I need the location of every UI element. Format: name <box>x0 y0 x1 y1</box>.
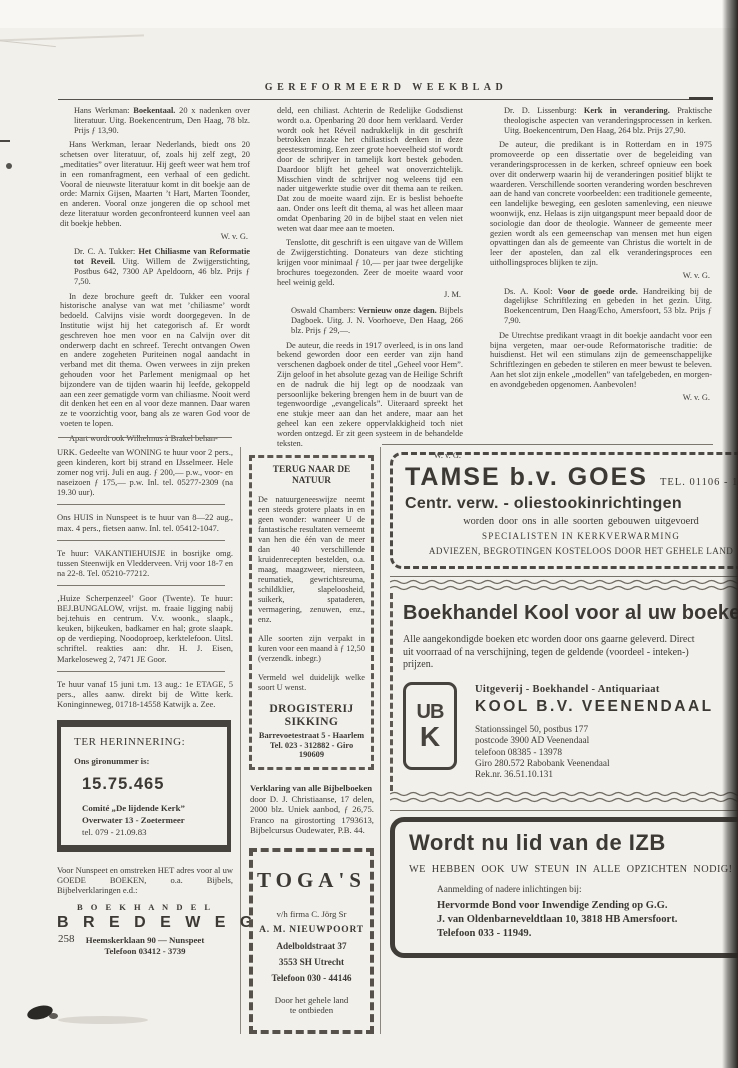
togas-owner: A. M. NIEUWPOORT <box>257 925 366 935</box>
togas-name: TOGA'S <box>257 868 366 893</box>
tamse-name: TAMSE b.v. GOES <box>405 463 648 492</box>
natuur-title: TERUG NAAR DE NATUUR <box>258 465 365 487</box>
drogisterij-address: Barrevoetestraat 5 - Haarlem <box>258 731 365 740</box>
izb-appeal: WE HEBBEN OOK UW STEUN IN ALLE OPZICHTEN… <box>409 863 738 876</box>
review-paragraph: Tenslotte, dit geschrift is een uitgave … <box>277 238 463 287</box>
izb-headline: Wordt nu lid van de IZB <box>409 830 738 856</box>
bijbel-body: door D. J. Christiaanse, 17 delen, 2000 … <box>250 794 374 836</box>
divider-rule <box>57 540 225 541</box>
reminder-subtitle: Ons gironummer is: <box>74 756 219 766</box>
divider-rule <box>390 810 738 811</box>
review-citation: Oswald Chambers: Vernieuw onze dagen. Bi… <box>291 306 463 335</box>
togas-street: Adelboldstraat 37 <box>257 941 366 951</box>
kool-address-line: Giro 280.572 Rabobank Veenendaal <box>475 759 714 770</box>
natuur-paragraph: Alle soorten zijn verpakt in kuren voor … <box>258 634 365 664</box>
review-citation: Dr. C. A. Tukker: Het Chiliasme van Refo… <box>74 247 250 286</box>
kool-address-line: postcode 3900 AD Veenendaal <box>475 736 714 747</box>
book-title: Voor de goede orde. <box>558 287 638 296</box>
kool-company-name: KOOL B.V. VEENENDAAL <box>475 698 714 716</box>
drogisterij-phone: Tel. 023 - 312882 - Giro 190609 <box>258 741 365 759</box>
bijbelboeken-ad: Verklaring van alle Bijbelboeken door D.… <box>250 783 374 836</box>
divider-rule <box>57 585 225 586</box>
bredeweg-label: B O E K H A N D E L <box>57 902 233 912</box>
paper-crease <box>0 34 144 41</box>
kool-address-line: Stationssingel 50, postbus 177 <box>475 725 714 736</box>
divider-rule <box>382 444 713 445</box>
kool-address-line: telefoon 08385 - 13978 <box>475 748 714 759</box>
tamse-header: TAMSE b.v. GOES TEL. 01106 - 1740 <box>405 463 738 492</box>
kool-address-line: Rek.nr. 36.51.10.131 <box>475 770 714 781</box>
classified-ad: Te huur vanaf 15 juni t.m. 13 aug.: 1e E… <box>57 679 233 709</box>
bredeweg-ad: Voor Nunspeet en omstreken HET adres voo… <box>57 865 233 956</box>
page-number: 258 <box>58 933 75 945</box>
masthead-rule <box>58 99 713 100</box>
citation-author: Dr. C. A. Tukker: <box>74 247 138 256</box>
citation-author: Oswald Chambers: <box>291 306 358 315</box>
reminder-address: Overwater 13 - Zoetermeer <box>82 815 219 825</box>
review-citation: Dr. D. Lissenburg: Kerk in verandering. … <box>504 106 712 135</box>
divider-rule <box>58 437 232 438</box>
classified-ad: Te huur: VAKANTIEHUISJE in bosrijke omg.… <box>57 548 233 578</box>
kool-logo-letter-bottom: K <box>420 724 440 750</box>
kool-logo-letters-top: UB <box>417 702 444 722</box>
book-title: Kerk in verandering. <box>584 106 670 115</box>
tamse-specialists: SPECIALISTEN IN KERKVERWARMING <box>405 531 738 541</box>
scan-edge-shadow <box>722 0 738 1068</box>
izb-contact-intro: Aanmelding of nadere inlichtingen bij: <box>437 885 738 895</box>
tamse-ad: TAMSE b.v. GOES TEL. 01106 - 1740 Centr.… <box>390 452 738 569</box>
review-paragraph: De auteur, die predikant is in Rotterdam… <box>490 140 712 267</box>
bijbel-title: Verklaring van alle Bijbelboeken <box>250 783 374 793</box>
middle-ads-column: TERUG NAAR DE NATUUR De natuurgeneeswijz… <box>241 447 381 1034</box>
citation-author: Dr. D. Lissenburg: <box>504 106 584 115</box>
natuur-paragraph: De natuurgeneeswijze neemt een steeds gr… <box>258 495 365 625</box>
reminder-organisation: Comité „De lijdende Kerk” <box>82 803 219 813</box>
bredeweg-intro: Voor Nunspeet en omstreken HET adres voo… <box>57 865 233 895</box>
review-paragraph: Apart wordt ook Wilhelmus à Brakel behan… <box>60 434 250 444</box>
review-paragraph: Hans Werkman, leraar Nederlands, biedt o… <box>60 140 250 228</box>
togas-note: Door het gehele land te ontbieden <box>273 995 350 1016</box>
advertisements-section: URK. Gedeelte van WONING te huur voor 2 … <box>57 447 715 1034</box>
kool-info: Uitgeverij - Boekhandel - Antiquariaat K… <box>475 682 714 782</box>
scan-edge-top <box>0 0 738 28</box>
review-paragraph: De auteur, die reeds in 1917 overleed, i… <box>277 341 463 449</box>
reminder-title: TER HERINNERING: <box>74 736 219 748</box>
bredeweg-address: Heemskerklaan 90 — Nunspeet <box>57 935 233 945</box>
natuur-paragraph: Vermeld wel duidelijk welke soort U wens… <box>258 673 365 693</box>
boekhandel-kool-ad: Boekhandel Kool voor al uw boeken Alle a… <box>390 593 738 791</box>
scan-smudge <box>58 1016 148 1024</box>
drogisterij-sikking-ad: TERUG NAAR DE NATUUR De natuurgeneeswijz… <box>249 455 374 770</box>
togas-firm: v/h firma C. Jörg Sr <box>257 909 366 919</box>
citation-author: Ds. A. Kool: <box>504 287 558 296</box>
review-paragraph: In deze brochure geeft dr. Tukker een vo… <box>60 292 250 429</box>
masthead-rule-heavy <box>689 97 713 100</box>
izb-organisation: Hervormde Bond voor Inwendige Zending op… <box>437 899 738 912</box>
bredeweg-phone: Telefoon 03412 - 3739 <box>57 946 233 956</box>
ink-smudge <box>49 1013 58 1019</box>
bredeweg-name: B R E D E W E G <box>57 914 233 932</box>
kool-logo: UB K <box>403 682 457 770</box>
kool-body: Alle aangekondigde boeken etc worden doo… <box>403 634 705 672</box>
reviewer-initials: W. v. G. <box>490 393 710 403</box>
review-citation: Ds. A. Kool: Voor de goede orde. Handrei… <box>504 287 712 326</box>
paper-crease <box>0 40 56 47</box>
reviewer-initials: W. v. G. <box>60 232 248 242</box>
review-paragraph: De Utrechtse predikant vraagt in dit boe… <box>490 331 712 390</box>
izb-ad: Wordt nu lid van de IZB WE HEBBEN OOK UW… <box>390 817 738 959</box>
binding-mark <box>0 140 10 142</box>
review-paragraph: deld, een chiliast. Achterin de Redelijk… <box>277 106 463 233</box>
divider-rule <box>57 671 225 672</box>
reviewer-initials: W. v. G. <box>490 271 710 281</box>
divider-rule <box>390 576 738 577</box>
togas-ad: TOGA'S v/h firma C. Jörg Sr A. M. NIEUWP… <box>249 848 374 1034</box>
scanned-page: GEREFORMEERD WEEKBLAD Hans Werkman: Boek… <box>0 0 738 1068</box>
wavy-divider <box>390 797 738 803</box>
wavy-divider <box>390 585 738 591</box>
right-ads-column: TAMSE b.v. GOES TEL. 01106 - 1740 Centr.… <box>381 447 738 1034</box>
izb-address: J. van Oldenbarneveldtlaan 10, 3818 HB A… <box>437 913 738 926</box>
book-reviews-section: Hans Werkman: Boekentaal. 20 x nadenken … <box>60 106 712 467</box>
review-column-3: Dr. D. Lissenburg: Kerk in verandering. … <box>490 106 712 467</box>
classifieds-column: URK. Gedeelte van WONING te huur voor 2 … <box>57 447 241 1034</box>
giro-number: 15.75.465 <box>82 775 219 794</box>
citation-author: Hans Werkman: <box>74 106 133 115</box>
drogisterij-name: DROGISTERIJ SIKKING <box>258 702 365 728</box>
kool-subtitle: Uitgeverij - Boekhandel - Antiquariaat <box>475 684 714 695</box>
tamse-headline: Centr. verw. - oliestookinrichtingen <box>405 495 738 513</box>
kool-headline: Boekhandel Kool voor al uw boeken <box>403 602 738 625</box>
izb-phone: Telefoon 033 - 11949. <box>437 927 738 940</box>
classified-ad: URK. Gedeelte van WONING te huur voor 2 … <box>57 447 233 497</box>
divider-rule <box>57 504 225 505</box>
togas-phone: Telefoon 030 - 44146 <box>257 973 366 983</box>
tamse-subline: worden door ons in alle soorten gebouwen… <box>405 516 738 527</box>
ink-smudge <box>26 1003 54 1022</box>
publication-title: GEREFORMEERD WEEKBLAD <box>60 82 712 93</box>
reminder-phone: tel. 079 - 21.09.83 <box>82 827 219 837</box>
classified-ad: ‚Huize Scherpenzeel’ Goor (Twente). Te h… <box>57 593 233 664</box>
togas-city: 3553 SH Utrecht <box>257 957 366 967</box>
review-citation: Hans Werkman: Boekentaal. 20 x nadenken … <box>74 106 250 135</box>
review-column-2: deld, een chiliast. Achterin de Redelijk… <box>277 106 463 467</box>
reviewer-initials: J. M. <box>277 290 461 300</box>
giro-reminder-ad: TER HERINNERING: Ons gironummer is: 15.7… <box>57 720 231 852</box>
binding-mark <box>6 163 12 169</box>
book-title: Vernieuw onze dagen. <box>358 306 437 315</box>
kool-detail-row: UB K Uitgeverij - Boekhandel - Antiquari… <box>403 682 738 782</box>
review-column-1: Hans Werkman: Boekentaal. 20 x nadenken … <box>60 106 250 467</box>
book-title: Boekentaal. <box>133 106 175 115</box>
classified-ad: Ons HUIS in Nunspeet is te huur van 8—22… <box>57 512 233 532</box>
tamse-footer: ADVIEZEN, BEGROTINGEN KOSTELOOS DOOR HET… <box>405 546 738 556</box>
